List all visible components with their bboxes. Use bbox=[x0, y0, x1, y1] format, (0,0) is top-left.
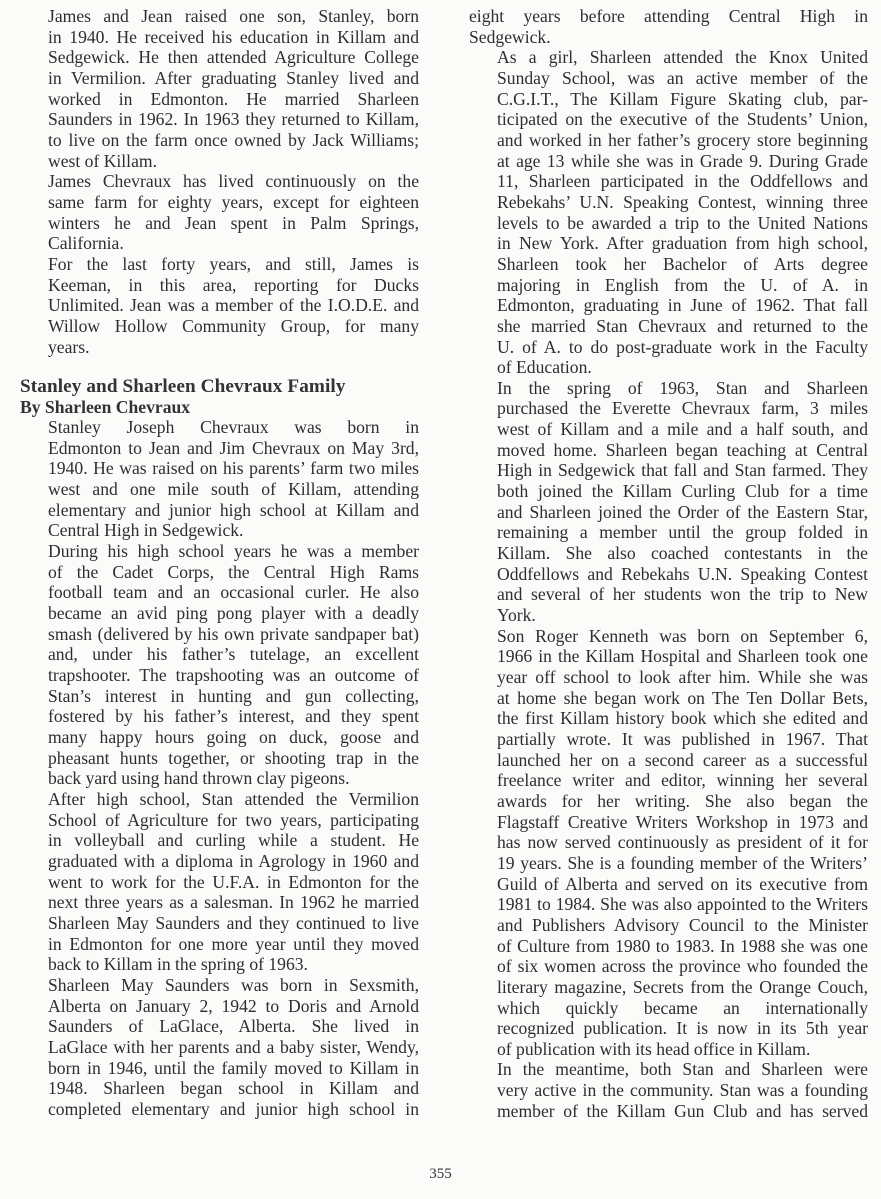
text-line: awards for her writing. She also began t… bbox=[469, 791, 868, 812]
text-line: Saunders in 1962. In 1963 they returned … bbox=[20, 109, 419, 130]
text-line: Unlimited. Jean was a member of the I.O.… bbox=[20, 295, 419, 316]
right-column: eight years before attending Central Hig… bbox=[469, 6, 868, 1121]
text-line: Stanley Joseph Chevraux was born in bbox=[20, 417, 419, 438]
text-line: very active in the community. Stan was a… bbox=[469, 1080, 868, 1101]
text-line: next three years as a salesman. In 1962 … bbox=[20, 892, 419, 913]
text-line: eight years before attending Central Hig… bbox=[469, 6, 868, 27]
text-line: School of Agriculture for two years, par… bbox=[20, 810, 419, 831]
paragraph-after-high-school: After high school, Stan attended the Ver… bbox=[20, 789, 419, 975]
text-line: which quickly became an internationally bbox=[469, 998, 868, 1019]
paragraph-james-jean-son: James and Jean raised one son, Stanley, … bbox=[20, 6, 419, 171]
text-line: 1981 to 1984. She was also appointed to … bbox=[469, 894, 868, 915]
text-line: ticipated on the executive of the Studen… bbox=[469, 109, 868, 130]
text-line: west of Killam. bbox=[20, 151, 419, 172]
text-line: James and Jean raised one son, Stanley, … bbox=[20, 6, 419, 27]
text-line: became an avid ping pong player with a d… bbox=[20, 603, 419, 624]
text-line: 19 years. She is a founding member of th… bbox=[469, 853, 868, 874]
text-line: California. bbox=[20, 233, 419, 254]
text-line: at age 13 while she was in Grade 9. Duri… bbox=[469, 151, 868, 172]
paragraph-meantime: In the meantime, both Stan and Sharleen … bbox=[469, 1059, 868, 1121]
text-line: High in Sedgewick that fall and Stan far… bbox=[469, 460, 868, 481]
page-number: 355 bbox=[0, 1166, 881, 1183]
text-line: fostered by his father’s interest, and t… bbox=[20, 706, 419, 727]
text-line: Saunders of LaGlace, Alberta. She lived … bbox=[20, 1016, 419, 1037]
paragraph-son-roger: Son Roger Kenneth was born on September … bbox=[469, 626, 868, 1060]
paragraph-spring-1963: In the spring of 1963, Stan and Sharleen… bbox=[469, 378, 868, 626]
text-line: As a girl, Sharleen attended the Knox Un… bbox=[469, 47, 868, 68]
text-line: winters he and Jean spent in Palm Spring… bbox=[20, 213, 419, 234]
text-line: in Vermilion. After graduating Stanley l… bbox=[20, 68, 419, 89]
text-line: Flagstaff Creative Writers Workshop in 1… bbox=[469, 812, 868, 833]
paragraph-continuation: eight years before attending Central Hig… bbox=[469, 6, 868, 47]
text-line: and worked in her father’s grocery store… bbox=[469, 130, 868, 151]
text-line: member of the Killam Gun Club and has se… bbox=[469, 1101, 868, 1122]
text-line: and Publishers Advisory Council to the M… bbox=[469, 915, 868, 936]
text-line: of publication with its head office in K… bbox=[469, 1039, 868, 1060]
text-line: remaining a member until the group folde… bbox=[469, 522, 868, 543]
text-line: LaGlace with her parents and a baby sist… bbox=[20, 1037, 419, 1058]
text-line: and Sharleen joined the Order of the Eas… bbox=[469, 502, 868, 523]
text-line: both joined the Killam Curling Club for … bbox=[469, 481, 868, 502]
text-line: literary magazine, Secrets from the Oran… bbox=[469, 977, 868, 998]
text-line: to live on the farm once owned by Jack W… bbox=[20, 130, 419, 151]
text-line: 1940. He was raised on his parents’ farm… bbox=[20, 458, 419, 479]
text-line: launched her on a second career as a suc… bbox=[469, 750, 868, 771]
text-line: moved home. Sharleen began teaching at C… bbox=[469, 440, 868, 461]
text-line: Sharleen took her Bachelor of Arts degre… bbox=[469, 254, 868, 275]
text-line: in volleyball and curling while a studen… bbox=[20, 830, 419, 851]
text-line: Alberta on January 2, 1942 to Doris and … bbox=[20, 996, 419, 1017]
text-line: freelance writer and editor, winning her… bbox=[469, 770, 868, 791]
paragraph-james-farm: James Chevraux has lived continuously on… bbox=[20, 171, 419, 254]
text-line: partially wrote. It was published in 196… bbox=[469, 729, 868, 750]
text-line: 11, Sharleen participated in the Oddfell… bbox=[469, 171, 868, 192]
text-line: football team and an occasional curler. … bbox=[20, 582, 419, 603]
text-line: west of Killam and a mile and a half sou… bbox=[469, 419, 868, 440]
paragraph-sharleen-birth: Sharleen May Saunders was born in Sexsmi… bbox=[20, 975, 419, 1120]
text-line: levels to be awarded a trip to the Unite… bbox=[469, 213, 868, 234]
text-line: pheasant hunts together, or shooting tra… bbox=[20, 748, 419, 769]
text-line: Oddfellows and Rebekahs U.N. Speaking Co… bbox=[469, 564, 868, 585]
paragraph-as-a-girl: As a girl, Sharleen attended the Knox Un… bbox=[469, 47, 868, 378]
text-line: U. of A. to do post-graduate work in the… bbox=[469, 337, 868, 358]
text-line: of Education. bbox=[469, 357, 868, 378]
text-line: 1948. Sharleen began school in Killam an… bbox=[20, 1078, 419, 1099]
text-line: born in 1946, until the family moved to … bbox=[20, 1058, 419, 1079]
text-line: of Culture from 1980 to 1983. In 1988 sh… bbox=[469, 936, 868, 957]
text-line: she married Stan Chevraux and returned t… bbox=[469, 316, 868, 337]
paragraph-stanley-birth: Stanley Joseph Chevraux was born in Edmo… bbox=[20, 417, 419, 541]
left-column: James and Jean raised one son, Stanley, … bbox=[20, 6, 419, 1119]
document-page: James and Jean raised one son, Stanley, … bbox=[0, 0, 881, 1199]
text-line: went to work for the U.F.A. in Edmonton … bbox=[20, 872, 419, 893]
text-line: in New York. After graduation from high … bbox=[469, 233, 868, 254]
text-line: many happy hours going on duck, goose an… bbox=[20, 727, 419, 748]
text-line: C.G.I.T., The Killam Figure Skating club… bbox=[469, 89, 868, 110]
text-line: Keeman, in this area, reporting for Duck… bbox=[20, 275, 419, 296]
text-line: and, under his father’s tutelage, an exc… bbox=[20, 644, 419, 665]
text-line: Edmonton to Jean and Jim Chevraux on May… bbox=[20, 438, 419, 459]
text-line: Sunday School, was an active member of t… bbox=[469, 68, 868, 89]
text-line: years. bbox=[20, 337, 419, 358]
text-line: Sedgewick. bbox=[469, 27, 868, 48]
text-line: trapshooter. The trapshooting was an out… bbox=[20, 665, 419, 686]
text-line: in 1940. He received his education in Ki… bbox=[20, 27, 419, 48]
text-line: Stan’s interest in hunting and gun colle… bbox=[20, 686, 419, 707]
text-line: same farm for eighty years, except for e… bbox=[20, 192, 419, 213]
text-line: Sharleen May Saunders was born in Sexsmi… bbox=[20, 975, 419, 996]
text-line: year off school to look after him. While… bbox=[469, 667, 868, 688]
text-line: back yard using hand thrown clay pigeons… bbox=[20, 768, 419, 789]
text-line: Edmonton, graduating in June of 1962. Th… bbox=[469, 295, 868, 316]
text-line: the first Killam history book which she … bbox=[469, 708, 868, 729]
text-line: James Chevraux has lived continuously on… bbox=[20, 171, 419, 192]
text-line: at home she began work on The Ten Dollar… bbox=[469, 688, 868, 709]
paragraph-ducks-unlimited: For the last forty years, and still, Jam… bbox=[20, 254, 419, 357]
text-line: York. bbox=[469, 605, 868, 626]
text-line: of the Cadet Corps, the Central High Ram… bbox=[20, 562, 419, 583]
text-line: In the meantime, both Stan and Sharleen … bbox=[469, 1059, 868, 1080]
section-heading: Stanley and Sharleen Chevraux Family bbox=[20, 376, 419, 397]
text-line: In the spring of 1963, Stan and Sharleen bbox=[469, 378, 868, 399]
text-line: of six women across the province who fou… bbox=[469, 956, 868, 977]
text-line: After high school, Stan attended the Ver… bbox=[20, 789, 419, 810]
text-line: 1966 in the Killam Hospital and Sharleen… bbox=[469, 646, 868, 667]
text-line: Rebekahs’ U.N. Speaking Contest, winning… bbox=[469, 192, 868, 213]
text-line: Guild of Alberta and served on its execu… bbox=[469, 874, 868, 895]
text-line: completed elementary and junior high sch… bbox=[20, 1099, 419, 1120]
text-line: back to Killam in the spring of 1963. bbox=[20, 954, 419, 975]
text-line: and several of her students won the trip… bbox=[469, 584, 868, 605]
text-line: For the last forty years, and still, Jam… bbox=[20, 254, 419, 275]
text-line: smash (delivered by his own private sand… bbox=[20, 624, 419, 645]
text-line: During his high school years he was a me… bbox=[20, 541, 419, 562]
text-line: Willow Hollow Community Group, for many bbox=[20, 316, 419, 337]
section-byline: By Sharleen Chevraux bbox=[20, 397, 419, 417]
text-line: Central High in Sedgewick. bbox=[20, 520, 419, 541]
text-line: elementary and junior high school at Kil… bbox=[20, 500, 419, 521]
text-line: graduated with a diploma in Agrology in … bbox=[20, 851, 419, 872]
text-line: recognized publication. It is now in its… bbox=[469, 1018, 868, 1039]
text-line: in Edmonton for one more year until they… bbox=[20, 934, 419, 955]
text-line: Killam. She also coached contestants in … bbox=[469, 543, 868, 564]
text-line: Sedgewick. He then attended Agriculture … bbox=[20, 47, 419, 68]
text-line: worked in Edmonton. He married Sharleen bbox=[20, 89, 419, 110]
text-line: has now served continuously as president… bbox=[469, 832, 868, 853]
text-line: Son Roger Kenneth was born on September … bbox=[469, 626, 868, 647]
text-line: Sharleen May Saunders and they continued… bbox=[20, 913, 419, 934]
text-line: west and one mile south of Killam, atten… bbox=[20, 479, 419, 500]
text-line: majoring in English from the U. of A. in bbox=[469, 275, 868, 296]
paragraph-high-school-years: During his high school years he was a me… bbox=[20, 541, 419, 789]
text-line: purchased the Everette Chevraux farm, 3 … bbox=[469, 398, 868, 419]
